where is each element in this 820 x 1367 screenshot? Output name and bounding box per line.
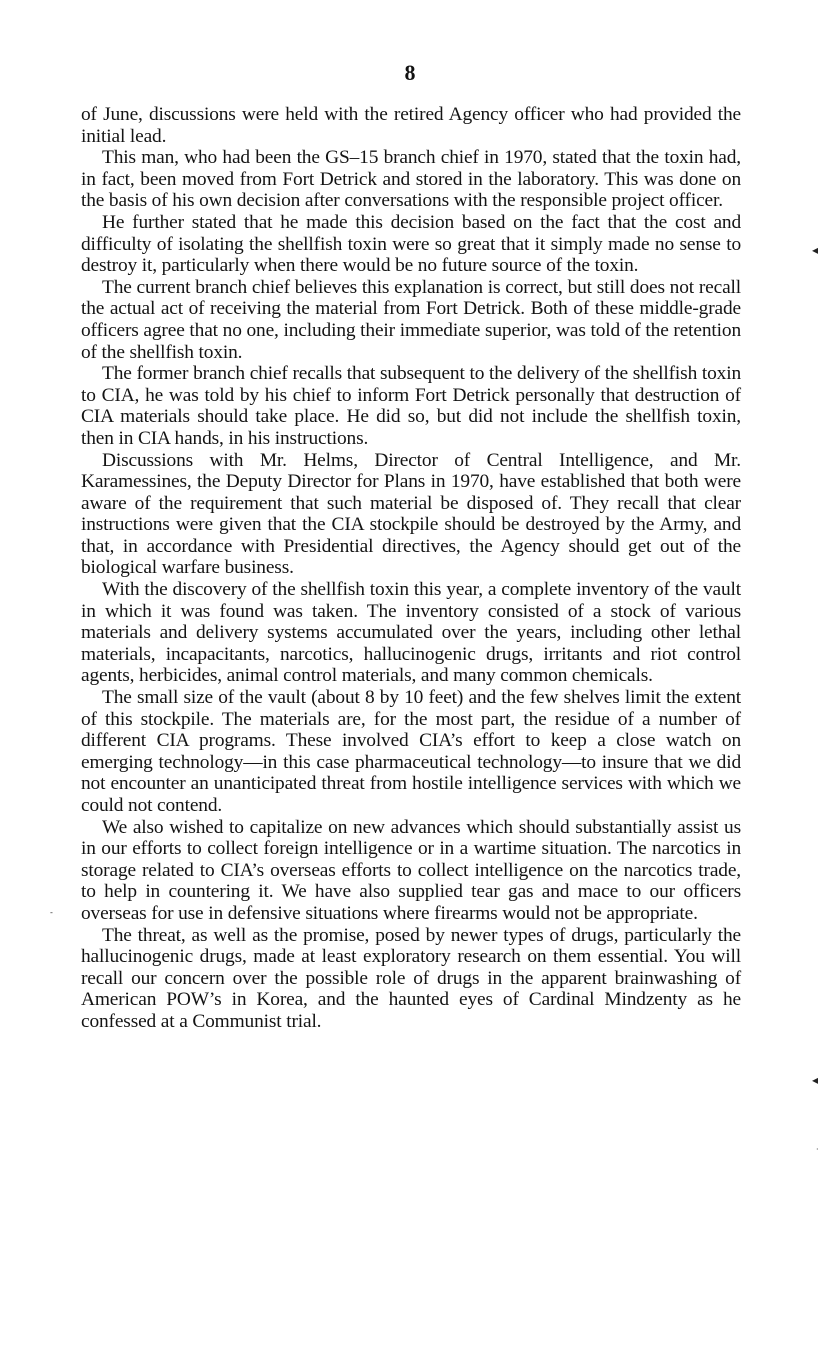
page-number: 8 bbox=[0, 60, 820, 86]
paragraph-current-branch-chief: The current branch chief believes this e… bbox=[81, 277, 741, 363]
paragraph-gs15-branch-chief: This man, who had been the GS–15 branch … bbox=[81, 147, 741, 212]
paragraph-capitalize-advances: We also wished to capitalize on new adva… bbox=[81, 817, 741, 925]
margin-dash-icon: - bbox=[50, 908, 53, 917]
margin-arrow-icon: ◂ bbox=[812, 243, 818, 257]
paragraph-helms-karamessines: Discussions with Mr. Helms, Director of … bbox=[81, 450, 741, 580]
paragraph-vault-size: The small size of the vault (about 8 by … bbox=[81, 687, 741, 817]
paragraph-former-branch-chief: The former branch chief recalls that sub… bbox=[81, 363, 741, 449]
document-body: of June, discussions were held with the … bbox=[81, 104, 741, 1033]
paragraph-continuation: of June, discussions were held with the … bbox=[81, 104, 741, 147]
margin-dot-icon: · bbox=[816, 1145, 819, 1154]
margin-arrow-icon: ◂ bbox=[812, 1073, 818, 1087]
paragraph-drug-threat: The threat, as well as the promise, pose… bbox=[81, 925, 741, 1033]
paragraph-decision-rationale: He further stated that he made this deci… bbox=[81, 212, 741, 277]
paragraph-vault-inventory: With the discovery of the shellfish toxi… bbox=[81, 579, 741, 687]
